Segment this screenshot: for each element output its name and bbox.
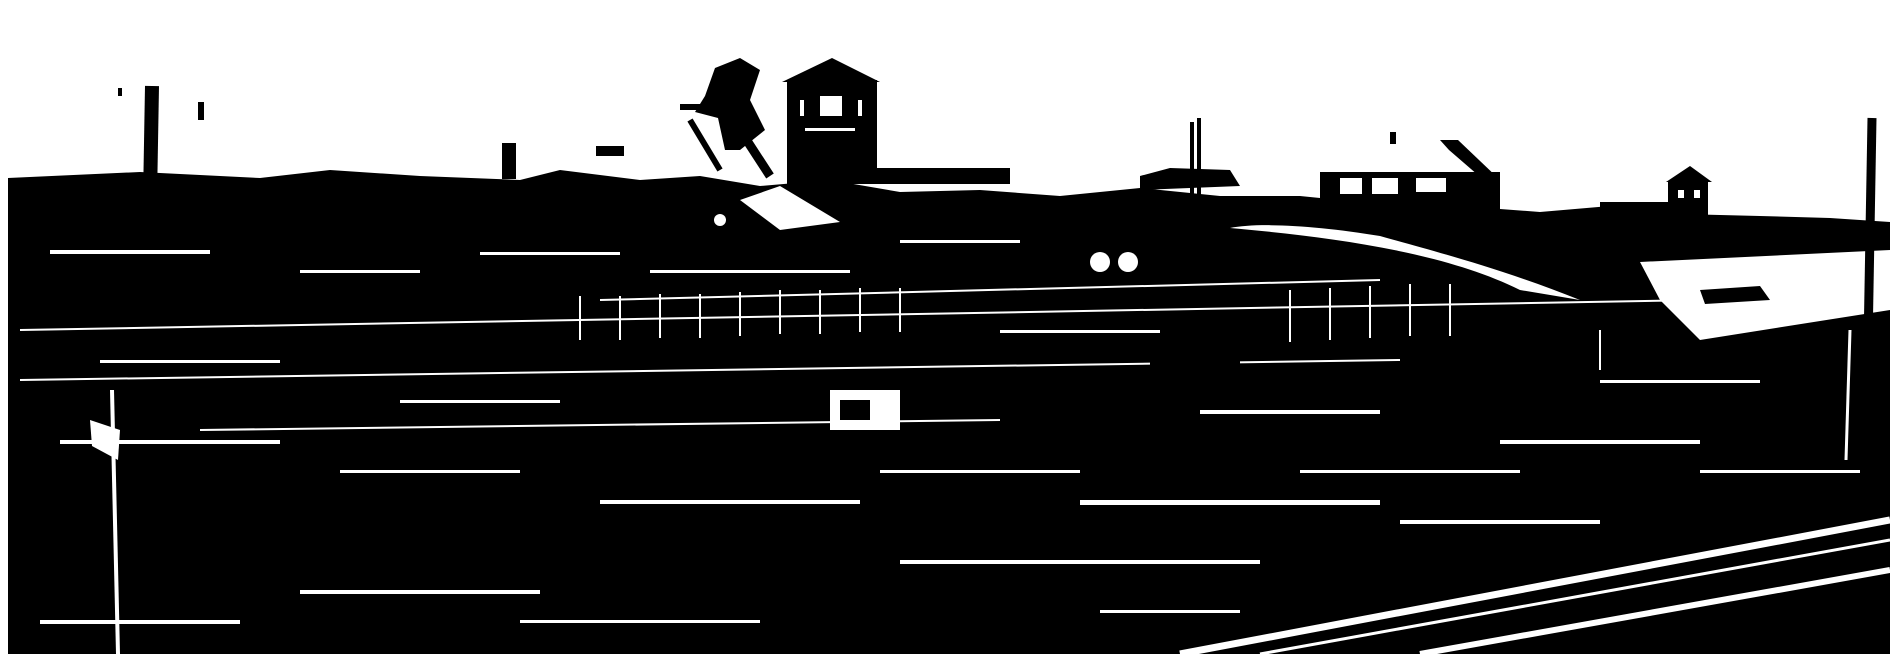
chimney-stack xyxy=(502,143,516,179)
historic-settlement-photo xyxy=(0,0,1890,654)
grain-elevator xyxy=(787,80,877,184)
